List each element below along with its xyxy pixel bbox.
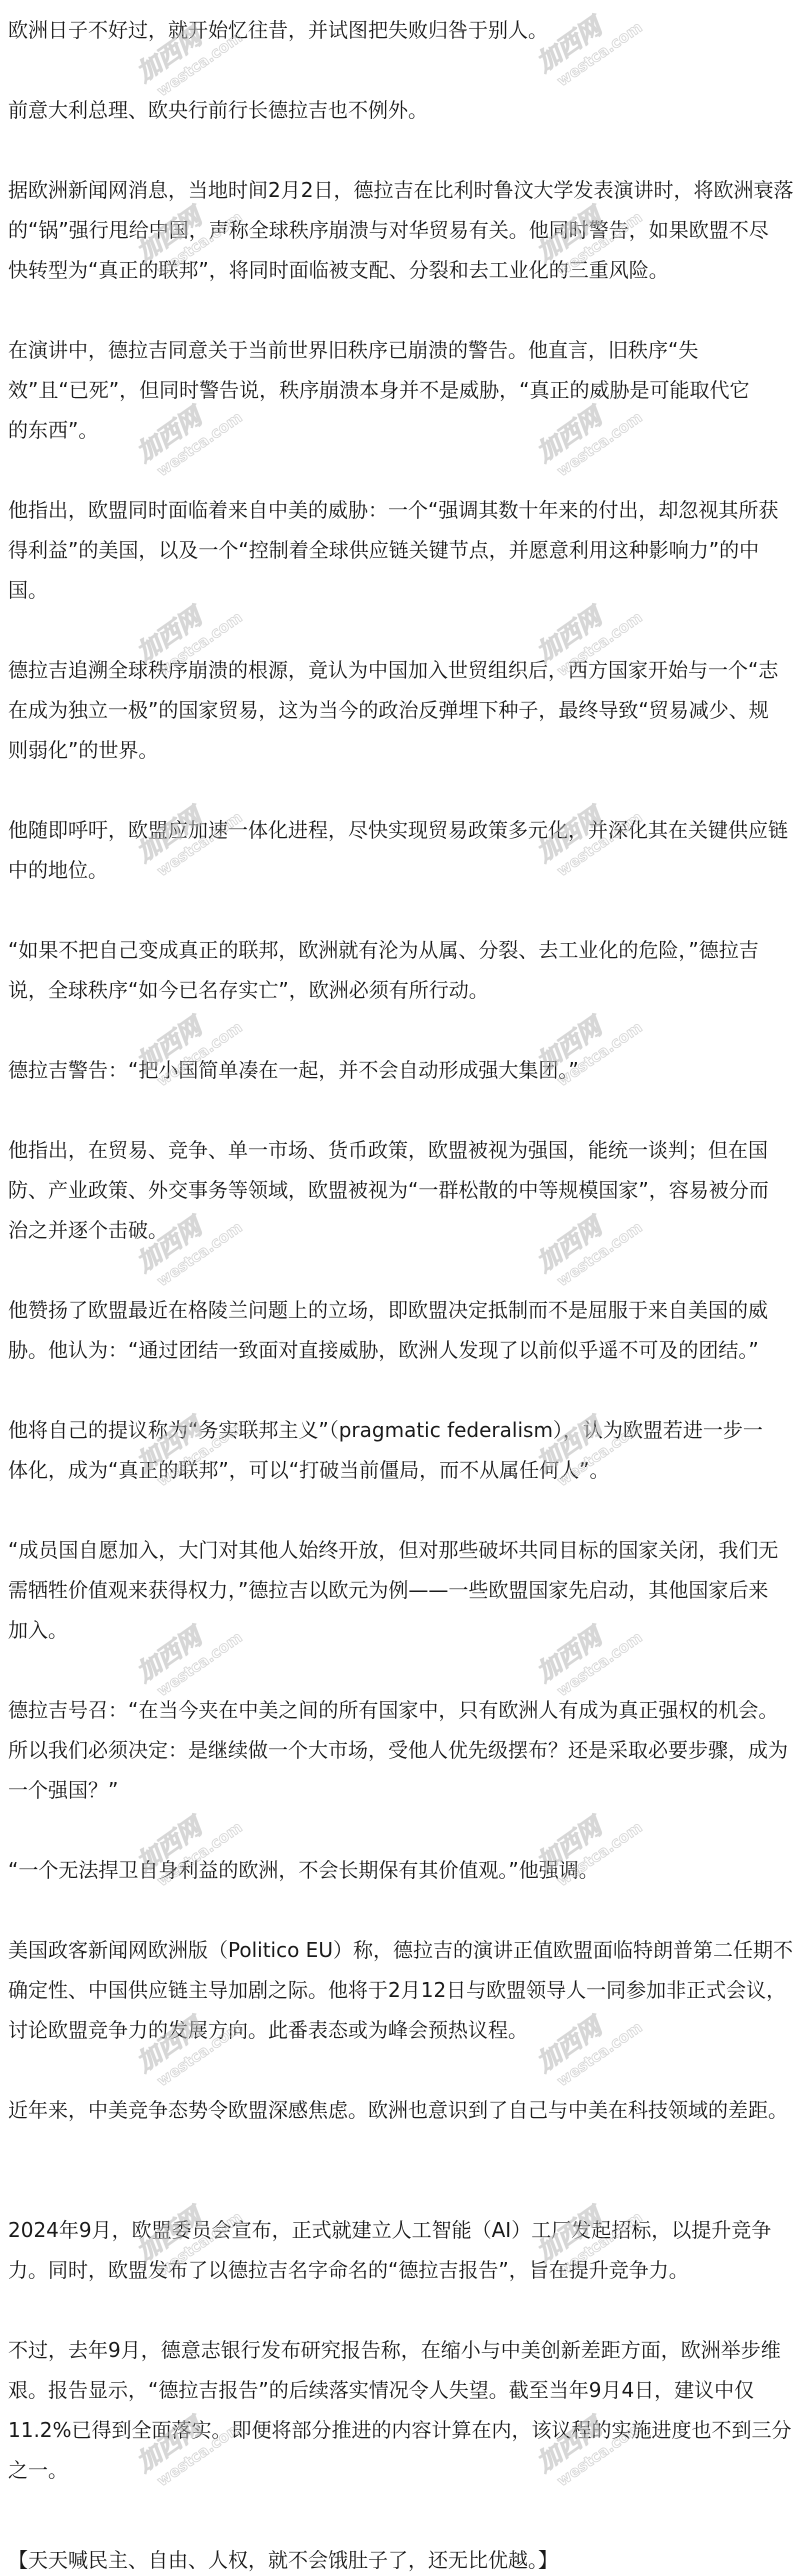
article-paragraph: 他随即呼吁，欧盟应加速一体化进程，尽快实现贸易政策多元化，并深化其在关键供应链中…	[8, 810, 798, 890]
paragraph-line: 快转型为“真正的联邦”，将同时面临被支配、分裂和去工业化的三重风险。	[8, 250, 798, 290]
paragraph-line: 中的地位。	[8, 850, 798, 890]
paragraph-line: 国。	[8, 570, 798, 610]
article-paragraph: 他将自己的提议称为“务实联邦主义”（pragmatic federalism），…	[8, 1410, 798, 1490]
paragraph-line: 他指出，欧盟同时面临着来自中美的威胁：一个“强调其数十年来的付出，却忽视其所获	[8, 490, 798, 530]
paragraph-line: 欧洲日子不好过，就开始忆往昔，并试图把失败归咎于别人。	[8, 10, 798, 50]
paragraph-line: 的“锅”强行甩给中国，声称全球秩序崩溃与对华贸易有关。他同时警告，如果欧盟不尽	[8, 210, 798, 250]
paragraph-line: 一个强国？”	[8, 1770, 798, 1810]
paragraph-line: 他将自己的提议称为“务实联邦主义”（pragmatic federalism），…	[8, 1410, 798, 1450]
article-paragraph: 欧洲日子不好过，就开始忆往昔，并试图把失败归咎于别人。	[8, 10, 798, 50]
paragraph-line: “如果不把自己变成真正的联邦，欧洲就有沦为从属、分裂、去工业化的危险，”德拉吉	[8, 930, 798, 970]
paragraph-line: 2024年9月，欧盟委员会宣布，正式就建立人工智能（AI）工厂发起招标，以提升竞…	[8, 2210, 798, 2250]
article-paragraph: 近年来，中美竞争态势令欧盟深感焦虑。欧洲也意识到了自己与中美在科技领域的差距。	[8, 2090, 798, 2130]
article-paragraph: 在演讲中，德拉吉同意关于当前世界旧秩序已崩溃的警告。他直言，旧秩序“失效”且“已…	[8, 330, 798, 450]
article-paragraph: 德拉吉追溯全球秩序崩溃的根源，竟认为中国加入世贸组织后，西方国家开始与一个“志在…	[8, 650, 798, 770]
paragraph-line: 他指出，在贸易、竞争、单一市场、货币政策，欧盟被视为强国，能统一谈判；但在国	[8, 1130, 798, 1170]
paragraph-line: 在演讲中，德拉吉同意关于当前世界旧秩序已崩溃的警告。他直言，旧秩序“失	[8, 330, 798, 370]
paragraph-line: 需牺牲价值观来获得权力，”德拉吉以欧元为例——一些欧盟国家先启动，其他国家后来	[8, 1570, 798, 1610]
paragraph-line: 他随即呼吁，欧盟应加速一体化进程，尽快实现贸易政策多元化，并深化其在关键供应链	[8, 810, 798, 850]
article-paragraph: 他赞扬了欧盟最近在格陵兰问题上的立场，即欧盟决定抵制而不是屈服于来自美国的威胁。…	[8, 1290, 798, 1370]
article-paragraph: 据欧洲新闻网消息，当地时间2月2日，德拉吉在比利时鲁汶大学发表演讲时，将欧洲衰落…	[8, 170, 798, 290]
paragraph-line: 艰。报告显示，“德拉吉报告”的后续落实情况令人失望。截至当年9月4日，建议中仅	[8, 2370, 798, 2410]
paragraph-line: 胁。他认为：“通过团结一致面对直接威胁，欧洲人发现了以前似乎遥不可及的团结。”	[8, 1330, 798, 1370]
paragraph-line: 在成为独立一极”的国家贸易，这为当今的政治反弹埋下种子，最终导致“贸易减少、规	[8, 690, 798, 730]
paragraph-line: 加入。	[8, 1610, 798, 1650]
paragraph-line: 德拉吉警告：“把小国简单凑在一起，并不会自动形成强大集团。”	[8, 1050, 798, 1090]
article-paragraph: 美国政客新闻网欧洲版（Politico EU）称，德拉吉的演讲正值欧盟面临特朗普…	[8, 1930, 798, 2050]
paragraph-line: 治之并逐个击破。	[8, 1210, 798, 1250]
paragraph-line: 前意大利总理、欧央行前行长德拉吉也不例外。	[8, 90, 798, 130]
paragraph-line: 体化，成为“真正的联邦”，可以“打破当前僵局，而不从属任何人”。	[8, 1450, 798, 1490]
paragraph-line: 之一。	[8, 2450, 798, 2490]
paragraph-line: 不过，去年9月，德意志银行发布研究报告称，在缩小与中美创新差距方面，欧洲举步维	[8, 2330, 798, 2370]
article-paragraph: 德拉吉号召：“在当今夹在中美之间的所有国家中，只有欧洲人有成为真正强权的机会。所…	[8, 1690, 798, 1810]
paragraph-line: 防、产业政策、外交事务等领域，欧盟被视为“一群松散的中等规模国家”，容易被分而	[8, 1170, 798, 1210]
paragraph-line: 美国政客新闻网欧洲版（Politico EU）称，德拉吉的演讲正值欧盟面临特朗普…	[8, 1930, 798, 1970]
paragraph-line: 得利益”的美国，以及一个“控制着全球供应链关键节点，并愿意利用这种影响力”的中	[8, 530, 798, 570]
paragraph-line: “一个无法捍卫自身利益的欧洲，不会长期保有其价值观。”他强调。	[8, 1850, 798, 1890]
article-paragraph: 不过，去年9月，德意志银行发布研究报告称，在缩小与中美创新差距方面，欧洲举步维艰…	[8, 2330, 798, 2490]
article-paragraph: 德拉吉警告：“把小国简单凑在一起，并不会自动形成强大集团。”	[8, 1050, 798, 1090]
paragraph-line: 讨论欧盟竞争力的发展方向。此番表态或为峰会预热议程。	[8, 2010, 798, 2050]
article-paragraph: 前意大利总理、欧央行前行长德拉吉也不例外。	[8, 90, 798, 130]
paragraph-line: “成员国自愿加入，大门对其他人始终开放，但对那些破坏共同目标的国家关闭，我们无	[8, 1530, 798, 1570]
paragraph-line: 效”且“已死”，但同时警告说，秩序崩溃本身并不是威胁，“真正的威胁是可能取代它	[8, 370, 798, 410]
article-paragraph: “成员国自愿加入，大门对其他人始终开放，但对那些破坏共同目标的国家关闭，我们无需…	[8, 1530, 798, 1650]
paragraph-line: 11.2%已得到全面落实。即便将部分推进的内容计算在内，该议程的实施进度也不到三…	[8, 2410, 798, 2450]
paragraph-line: 确定性、中国供应链主导加剧之际。他将于2月12日与欧盟领导人一同参加非正式会议，	[8, 1970, 798, 2010]
article-paragraph: 他指出，欧盟同时面临着来自中美的威胁：一个“强调其数十年来的付出，却忽视其所获得…	[8, 490, 798, 610]
paragraph-line: 的东西”。	[8, 410, 798, 450]
paragraph-line: 他赞扬了欧盟最近在格陵兰问题上的立场，即欧盟决定抵制而不是屈服于来自美国的威	[8, 1290, 798, 1330]
article-paragraph: “一个无法捍卫自身利益的欧洲，不会长期保有其价值观。”他强调。	[8, 1850, 798, 1890]
article-paragraph: 他指出，在贸易、竞争、单一市场、货币政策，欧盟被视为强国，能统一谈判；但在国防、…	[8, 1130, 798, 1250]
article-paragraph: 2024年9月，欧盟委员会宣布，正式就建立人工智能（AI）工厂发起招标，以提升竞…	[8, 2210, 798, 2290]
paragraph-line: 德拉吉号召：“在当今夹在中美之间的所有国家中，只有欧洲人有成为真正强权的机会。	[8, 1690, 798, 1730]
paragraph-line: 【天天喊民主、自由、人权，就不会饿肚子了，还无比优越。】	[8, 2540, 798, 2576]
paragraph-line: 近年来，中美竞争态势令欧盟深感焦虑。欧洲也意识到了自己与中美在科技领域的差距。	[8, 2090, 798, 2130]
paragraph-line: 力。同时，欧盟发布了以德拉吉名字命名的“德拉吉报告”，旨在提升竞争力。	[8, 2250, 798, 2290]
article-paragraph: “如果不把自己变成真正的联邦，欧洲就有沦为从属、分裂、去工业化的危险，”德拉吉说…	[8, 930, 798, 1010]
paragraph-line: 所以我们必须决定：是继续做一个大市场，受他人优先级摆布？还是采取必要步骤，成为	[8, 1730, 798, 1770]
paragraph-line: 则弱化”的世界。	[8, 730, 798, 770]
paragraph-line: 德拉吉追溯全球秩序崩溃的根源，竟认为中国加入世贸组织后，西方国家开始与一个“志	[8, 650, 798, 690]
paragraph-line: 据欧洲新闻网消息，当地时间2月2日，德拉吉在比利时鲁汶大学发表演讲时，将欧洲衰落	[8, 170, 798, 210]
article-paragraph: 【天天喊民主、自由、人权，就不会饿肚子了，还无比优越。】	[8, 2540, 798, 2576]
paragraph-line: 说，全球秩序“如今已名存实亡”，欧洲必须有所行动。	[8, 970, 798, 1010]
